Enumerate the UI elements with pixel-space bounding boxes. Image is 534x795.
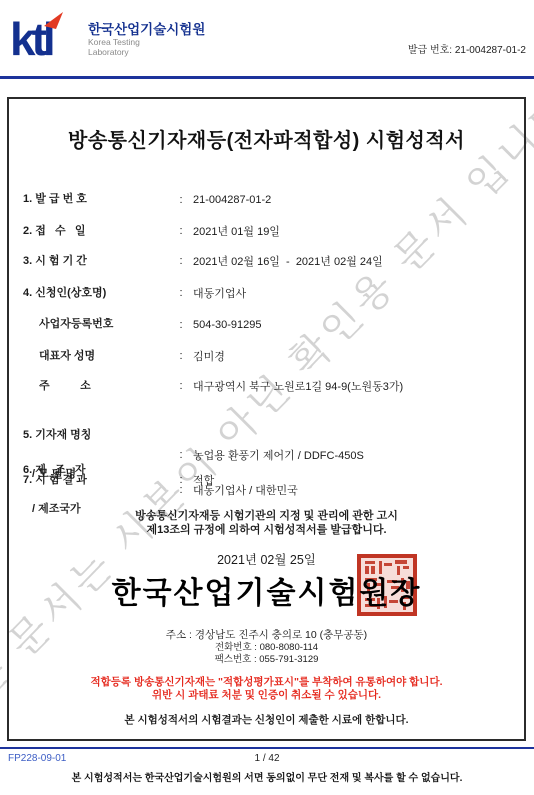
field-row-applicant: 4. 신청인(상호명) : 대동기업사 [23, 285, 246, 301]
field-colon: : [175, 225, 187, 237]
issue-date: 2021년 02월 25일 [9, 550, 524, 568]
field-label: 주 소 [39, 380, 175, 393]
field-row-representative-name: 대표자 성명 : 김미경 [39, 348, 225, 364]
field-colon: : [175, 474, 187, 486]
header-divider [0, 76, 534, 79]
field-value: 대구광역시 북구 노원로1길 94-9(노원동3가) [187, 378, 403, 394]
field-label: 사업자등록번호 [39, 318, 175, 331]
phone-number: 전화번호 : 080-8080-114 [9, 642, 524, 654]
organization-name-block: 한국산업기술시험원 Korea Testing Laboratory [88, 14, 205, 64]
field-label: 2. 접 수 일 [23, 225, 175, 238]
ktl-logo-mark: ktl [10, 14, 78, 64]
field-colon: : [175, 380, 187, 392]
field-label: 4. 신청인(상호명) [23, 287, 175, 300]
field-row-receipt-date: 2. 접 수 일 : 2021년 01월 19일 [23, 223, 280, 239]
ktl-logo-flag-icon [42, 10, 66, 32]
field-label: 7. 시 험 결 과 [23, 474, 175, 487]
compliance-warning: 적합등록 방송통신기자재는 "적합성평가표시"를 부착하여 유통하여야 합니다.… [9, 676, 524, 702]
footer-divider [0, 747, 534, 749]
field-value: 21-004287-01-2 [187, 194, 271, 206]
field-label: 1. 발 급 번 호 [23, 193, 175, 206]
field-value: 적합 [187, 472, 214, 488]
organization-name-en-line1: Korea Testing [88, 37, 205, 47]
field-label: 대표자 성명 [39, 350, 175, 363]
field-row-issue-number: 1. 발 급 번 호 : 21-004287-01-2 [23, 193, 271, 206]
fax-number: 팩스번호 : 055-791-3129 [9, 654, 524, 666]
contact-block: 주소 : 경상남도 진주시 충의로 10 (충무공동) 전화번호 : 080-8… [9, 628, 524, 665]
field-colon: : [175, 350, 187, 362]
field-row-address: 주 소 : 대구광역시 북구 노원로1길 94-9(노원동3가) [39, 378, 403, 394]
field-value: 2021년 01월 19일 [187, 223, 280, 239]
field-colon: : [175, 287, 187, 299]
field-colon: : [175, 319, 187, 331]
organization-name-kr: 한국산업기술시험원 [88, 22, 205, 37]
field-row-test-period: 3. 시 험 기 간 : 2021년 02월 16일 - 2021년 02월 2… [23, 253, 383, 269]
field-colon: : [175, 255, 187, 267]
field-colon: : [175, 194, 187, 206]
issue-number-header: 발급 번호: 21-004287-01-2 [408, 41, 526, 56]
field-row-business-registration-number: 사업자등록번호 : 504-30-91295 [39, 318, 262, 331]
official-seal-stamp [357, 554, 417, 616]
office-address: 주소 : 경상남도 진주시 충의로 10 (충무공동) [9, 628, 524, 642]
ktl-logo: ktl 한국산업기술시험원 Korea Testing Laboratory [10, 14, 205, 64]
report-body-box: 방송통신기자재등(전자파적합성) 시험성적서 1. 발 급 번 호 : 21-0… [7, 97, 526, 741]
report-title: 방송통신기자재등(전자파적합성) 시험성적서 [9, 124, 524, 153]
field-value: 504-30-91295 [187, 319, 262, 331]
field-row-test-result: 7. 시 험 결 과 : 적합 [23, 472, 214, 488]
field-label: 3. 시 험 기 간 [23, 255, 175, 268]
field-value: 김미경 [187, 348, 225, 364]
page-header: ktl 한국산업기술시험원 Korea Testing Laboratory 발… [0, 0, 534, 76]
field-value: 2021년 02월 16일 - 2021년 02월 24일 [187, 253, 383, 269]
issuance-statement: 방송통신기자재등 시험기관의 지정 및 관리에 관한 고시 제13조의 규정에 … [9, 509, 524, 537]
organization-name-en-line2: Laboratory [88, 47, 205, 57]
copyright-note: 본 시험성적서는 한국산업기술시험원의 서면 동의없이 무단 전재 및 복사를 … [0, 769, 534, 784]
sample-scope-note: 본 시험성적서의 시험결과는 신청인이 제출한 시료에 한합니다. [9, 712, 524, 727]
signer-title: 한국산업기술시험원장 [9, 568, 524, 612]
page-indicator: 1 / 42 [0, 753, 534, 764]
field-value: 대동기업사 [187, 285, 246, 301]
